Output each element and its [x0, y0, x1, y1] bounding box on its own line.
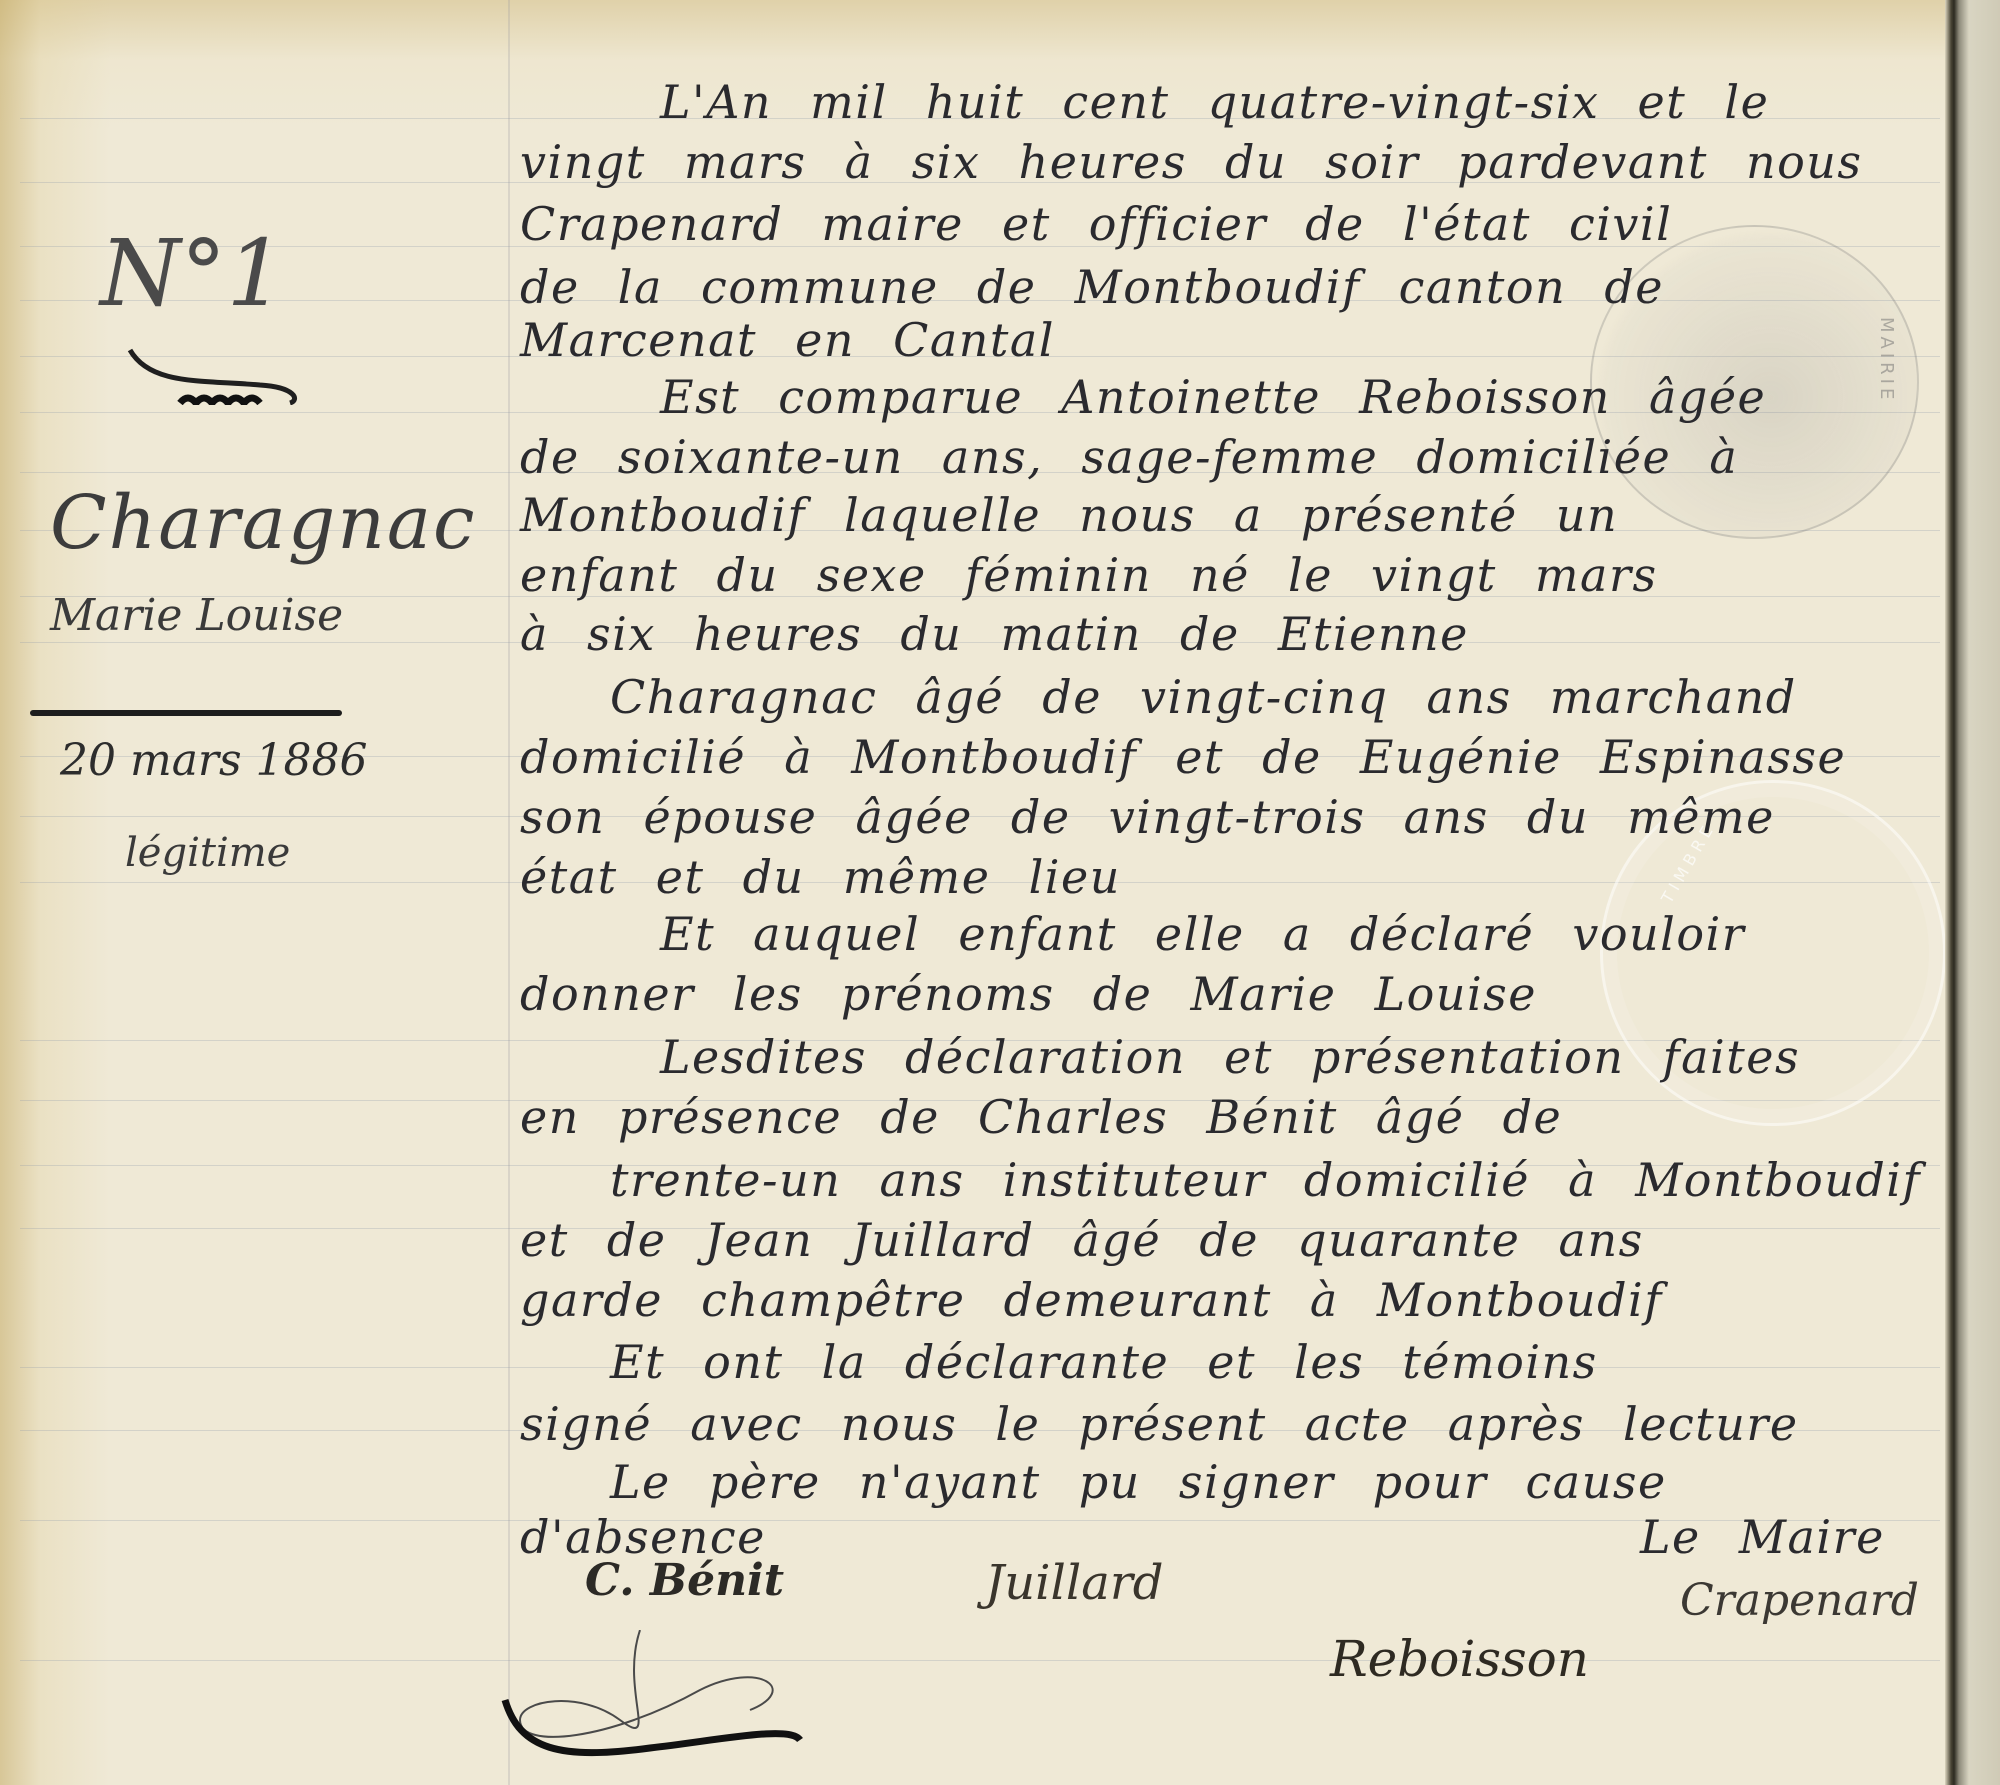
body-line: trente-un ans instituteur domicilié à Mo…: [610, 1153, 1921, 1207]
body-line: Le père n'ayant pu signer pour cause: [610, 1455, 1667, 1509]
body-line: enfant du sexe féminin né le vingt mars: [520, 548, 1658, 602]
body-line: Charagnac âgé de vingt-cinq ans marchand: [610, 670, 1797, 724]
body-line: donner les prénoms de Marie Louise: [520, 967, 1537, 1021]
ink-seal-text: MAIRIE: [1876, 317, 1897, 403]
body-line: Montboudif laquelle nous a présenté un: [520, 488, 1618, 542]
signature-juillard: Juillard: [985, 1555, 1164, 1611]
acte-number: N°1: [100, 220, 285, 327]
body-line: de soixante-un ans, sage-femme domicilié…: [520, 430, 1738, 484]
body-line: de la commune de Montboudif canton de: [520, 260, 1664, 314]
body-line: garde champêtre demeurant à Montboudif: [520, 1273, 1663, 1327]
body-line: à six heures du matin de Etienne: [520, 607, 1469, 661]
body-line: domicilié à Montboudif et de Eugénie Esp…: [520, 730, 1846, 784]
flourish-icon: [120, 345, 320, 405]
body-line: et de Jean Juillard âgé de quarante ans: [520, 1213, 1644, 1267]
book-binding-gutter: [1945, 0, 2000, 1785]
ruled-line: [20, 1660, 1940, 1661]
body-line: signé avec nous le présent acte après le…: [520, 1397, 1799, 1451]
margin-divider: [508, 0, 510, 1785]
signature-crapenard: Crapenard: [1680, 1575, 1919, 1626]
body-line: son épouse âgée de vingt-trois ans du mê…: [520, 790, 1775, 844]
body-line: L'An mil huit cent quatre-vingt-six et l…: [660, 75, 1769, 129]
body-line: Est comparue Antoinette Reboisson âgée: [660, 370, 1766, 424]
margin-date: 20 mars 1886: [60, 735, 368, 786]
signature-reboisson: Reboisson: [1330, 1630, 1589, 1688]
margin-legitimacy-status: légitime: [125, 830, 290, 876]
register-page: MAIRIE TIMBRE N°1 Charagnac Marie Louise…: [0, 0, 2000, 1785]
body-line: Et ont la déclarante et les témoins: [610, 1335, 1598, 1389]
margin-surname: Charagnac: [50, 480, 476, 566]
body-line: état et du même lieu: [520, 850, 1121, 904]
signature-paraph-icon: [500, 1630, 960, 1760]
body-line: Lesdites déclaration et présentation fai…: [660, 1030, 1800, 1084]
body-line: Marcenat en Cantal: [520, 313, 1055, 367]
margin-given-names: Marie Louise: [50, 590, 343, 641]
body-line: Crapenard maire et officier de l'état ci…: [520, 197, 1672, 251]
mayor-label: Le Maire: [1640, 1510, 1885, 1564]
body-line: en présence de Charles Bénit âgé de: [520, 1090, 1562, 1144]
signature-benit: C. Bénit: [585, 1555, 784, 1606]
body-line: Et auquel enfant elle a déclaré vouloir: [660, 907, 1745, 961]
body-line: vingt mars à six heures du soir pardevan…: [520, 135, 1863, 189]
margin-divider-rule: [30, 710, 342, 716]
